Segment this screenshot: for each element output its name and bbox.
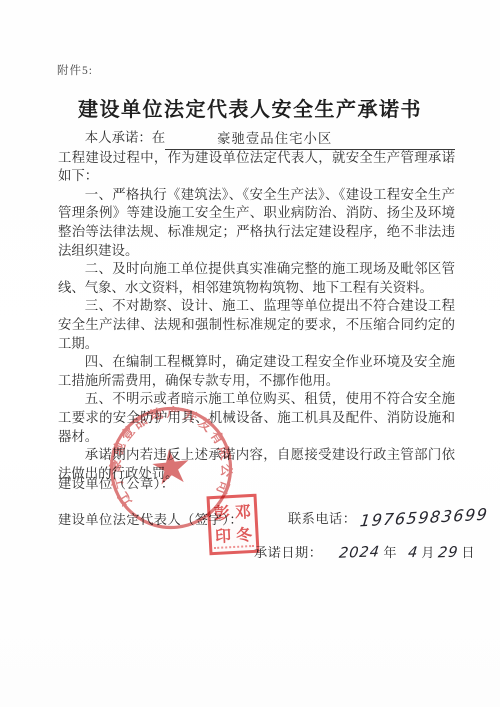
year-suffix: 年 [383,545,397,560]
document-page: 附件5: 建设单位法定代表人安全生产承诺书 本人承诺：在豪驰壹品住宅小区 工程建… [0,0,500,707]
phone-label: 联系电话： [288,511,356,526]
date-label: 承诺日期： [254,545,322,560]
clause-1: 一、严格执行《建筑法》、《安全生产法》、《建设工程安全生产管理条例》等建设施工安… [58,186,455,260]
phone-line: 联系电话：19765983699 [288,508,489,527]
clause-3: 三、不对勘察、设计、施工、监理等单位提出不符合建设工程安全生产法律、法规和强制性… [58,297,455,353]
personal-seal-stamp: 彭 邓 印 冬 [206,494,259,556]
date-month-handwritten: 4 [407,545,419,561]
intro-line: 本人承诺：在豪驰壹品住宅小区 [58,129,455,149]
seal-char: 冬 [233,522,255,546]
clause-4: 四、在编制工程概算时，确定建设工程安全作业环境及安全施工措施所需费用，确保专款专… [58,353,455,390]
clause-2: 二、及时向施工单位提供真实准确完整的施工现场及毗邻区管线、气象、水文资料，相邻建… [58,260,455,297]
star-icon [151,447,191,485]
seal-char: 邓 [232,499,254,523]
phone-value-handwritten: 19765983699 [359,505,490,531]
intro-continuation: 工程建设过程中，作为建设单位法定代表人，就安全生产管理承诺如下： [58,149,455,186]
date-year-handwritten: 2024 [339,544,382,561]
personal-seal-characters: 彭 邓 印 冬 [210,497,256,547]
intro-prefix: 本人承诺：在 [85,129,165,149]
month-suffix: 月 [421,545,435,560]
date-day-handwritten: 29 [437,545,459,562]
seal-char: 印 [212,523,234,547]
day-suffix: 日 [461,545,475,560]
project-name-blank: 豪驰壹品住宅小区 [165,130,455,150]
seal-char: 彭 [211,500,233,524]
seal-serial-microtext [214,545,254,550]
attachment-label: 附件5: [57,62,93,78]
page-title: 建设单位法定代表人安全生产承诺书 [0,93,500,122]
project-name: 豪驰壹品住宅小区 [217,130,332,149]
date-line: 承诺日期：2024年4月29日 [254,542,475,561]
